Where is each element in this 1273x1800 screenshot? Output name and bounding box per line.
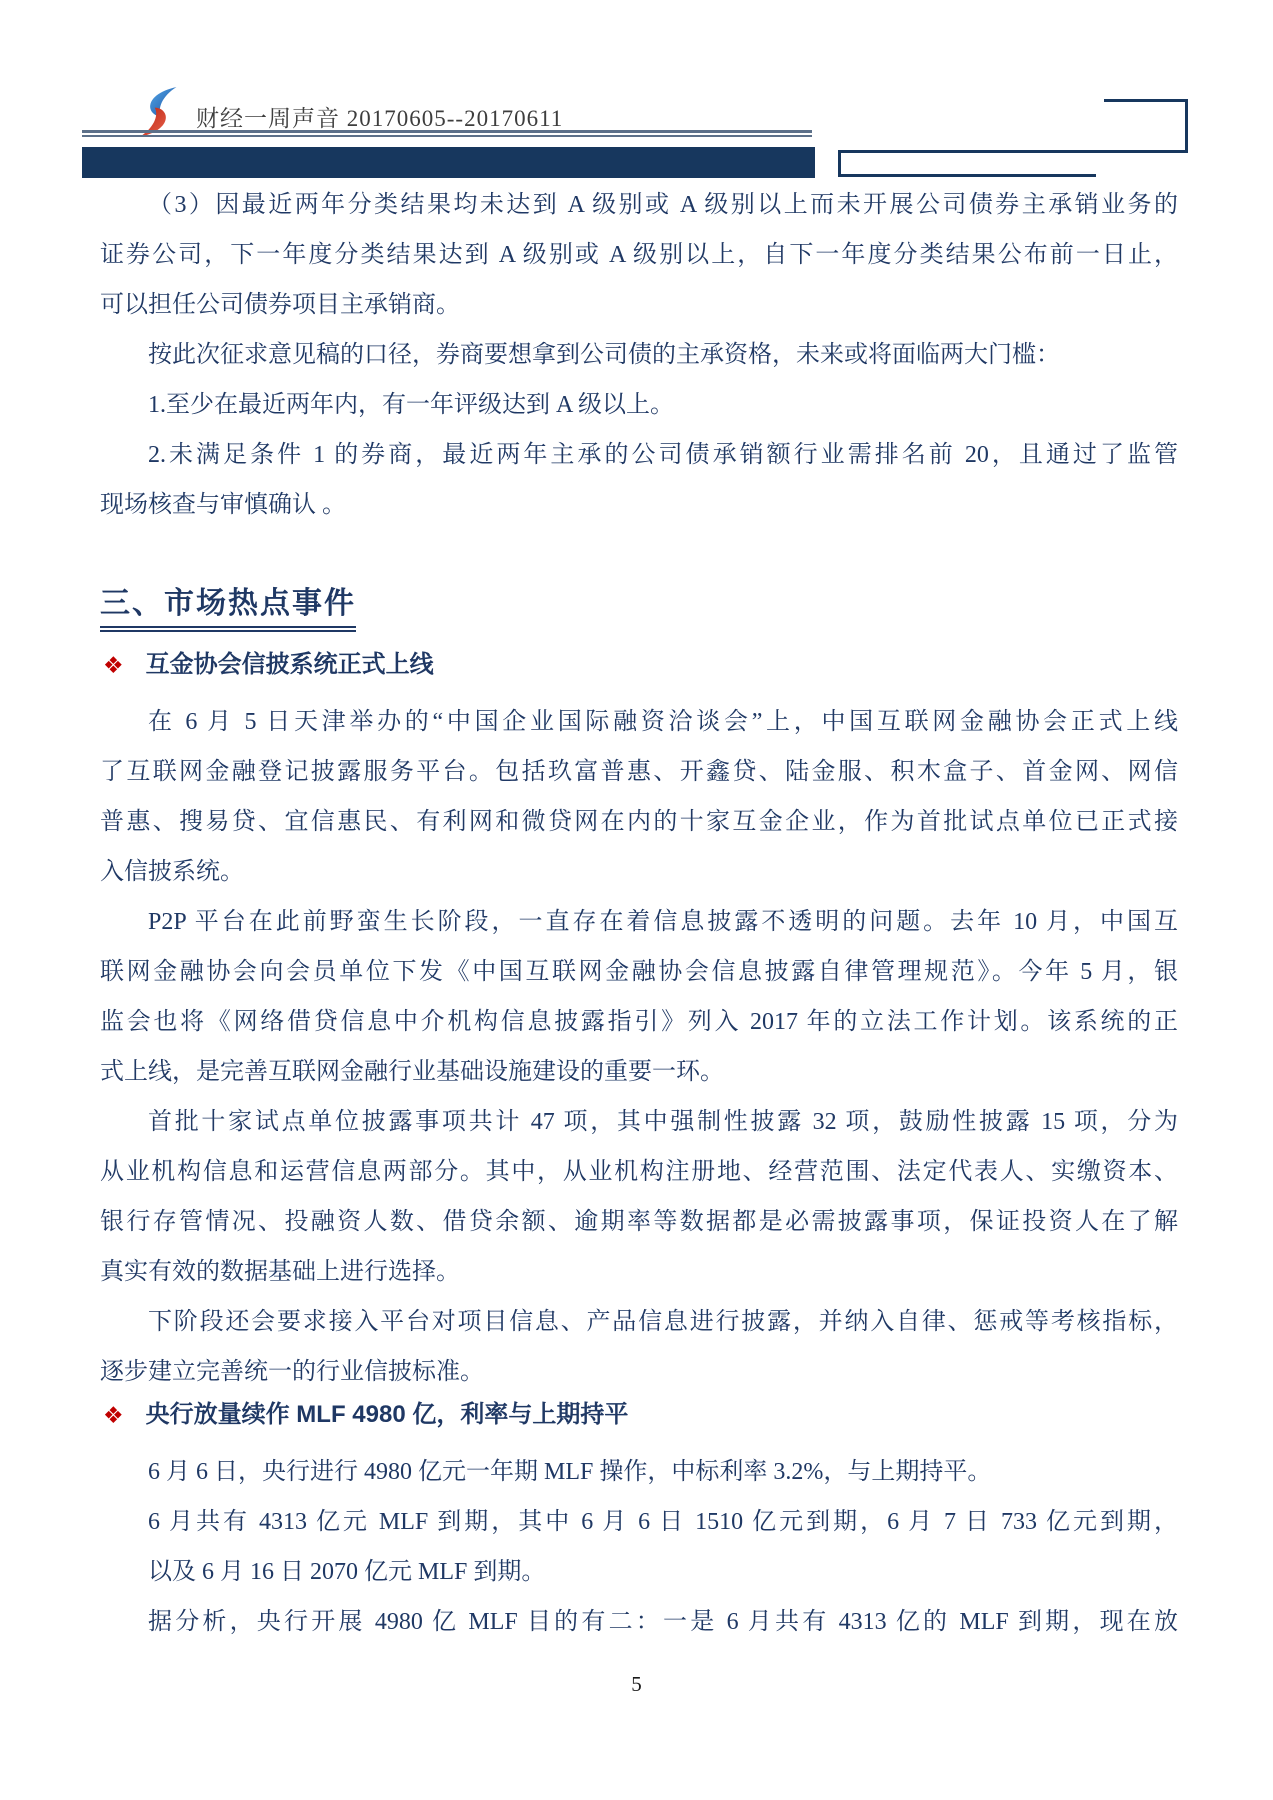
header-step-outline [838,174,1096,177]
body-line: 入信披系统。 [100,847,1178,897]
report-title: 财经一周声音 20170605--20170611 [196,100,563,133]
topic2-paragraphs: 6 月 6 日，央行进行 4980 亿元一年期 MLF 操作，中标利率 3.2%… [100,1447,1178,1647]
body-line: 可以担任公司债券项目主承销商。 [100,280,1178,330]
body-line: 6 月共有 4313 亿元 MLF 到期，其中 6 月 6 日 1510 亿元到… [100,1497,1178,1547]
body-line: 监会也将《网络借贷信息中介机构信息披露指引》列入 2017 年的立法工作计划。该… [100,997,1178,1047]
body-line: 1.至少在最近两年内，有一年评级达到 A 级以上。 [100,380,1178,430]
page-number: 5 [0,1672,1273,1697]
diamond-bullet-icon: ❖ [103,648,124,682]
header-step-outline [838,150,1188,153]
topic-bullet-row: ❖ 互金协会信披系统正式上线 [103,648,1178,682]
header-step-outline [1185,99,1188,153]
section-heading: 三、市场热点事件 [100,585,370,632]
heading-underline [100,630,356,632]
body-line: 据分析，央行开展 4980 亿 MLF 目的有二：一是 6 月共有 4313 亿… [100,1597,1178,1647]
body-line: 了互联网金融登记披露服务平台。包括玖富普惠、开鑫贷、陆金服、积木盒子、首金网、网… [100,747,1178,797]
body-line: 以及 6 月 16 日 2070 亿元 MLF 到期。 [100,1547,1178,1597]
body-line: 银行存管情况、投融资人数、借贷余额、逾期率等数据都是必需披露事项，保证投资人在了… [100,1197,1178,1247]
body-line: 逐步建立完善统一的行业信披标准。 [100,1347,1178,1397]
topic1-paragraphs: 在 6 月 5 日天津举办的“中国企业国际融资洽谈会”上，中国互联网金融协会正式… [100,697,1178,1397]
body-line: 式上线，是完善互联网金融行业基础设施建设的重要一环。 [100,1047,1178,1097]
document-page: 财经一周声音 20170605--20170611 （3）因最近两年分类结果均未… [0,0,1273,1800]
body-line: （3）因最近两年分类结果均未达到 A 级别或 A 级别以上而未开展公司债券主承销… [100,180,1178,230]
body-line: 下阶段还会要求接入平台对项目信息、产品信息进行披露，并纳入自律、惩戒等考核指标， [100,1297,1178,1347]
body-line: 从业机构信息和运营信息两部分。其中，从业机构注册地、经营范围、法定代表人、实缴资… [100,1147,1178,1197]
header-step-outline [1104,99,1188,102]
body-line: 在 6 月 5 日天津举办的“中国企业国际融资洽谈会”上，中国互联网金融协会正式… [100,697,1178,747]
body-line: 普惠、搜易贷、宜信惠民、有利网和微贷网在内的十家互金企业，作为首批试点单位已正式… [100,797,1178,847]
body-line: 联网金融协会向会员单位下发《中国互联网金融协会信息披露自律管理规范》。今年 5 … [100,947,1178,997]
section-heading-text: 三、市场热点事件 [100,587,356,620]
diamond-bullet-icon: ❖ [103,1398,124,1432]
body-line: 6 月 6 日，央行进行 4980 亿元一年期 MLF 操作，中标利率 3.2%… [100,1447,1178,1497]
header-navy-bar [82,147,815,178]
body-line: P2P 平台在此前野蛮生长阶段，一直存在着信息披露不透明的问题。去年 10 月，… [100,897,1178,947]
topic-bullet-row: ❖ 央行放量续作 MLF 4980 亿，利率与上期持平 [103,1398,1178,1432]
body-line: 证券公司，下一年度分类结果达到 A 级别或 A 级别以上，自下一年度分类结果公布… [100,230,1178,280]
body-line: 2.未满足条件 1 的券商，最近两年主承的公司债承销额行业需排名前 20，且通过… [100,430,1178,480]
body-line: 首批十家试点单位披露事项共计 47 项，其中强制性披露 32 项，鼓励性披露 1… [100,1097,1178,1147]
body-line: 现场核查与审慎确认 。 [100,480,1178,530]
topic-title: 互金协会信披系统正式上线 [146,648,434,682]
heading-underline [100,626,356,628]
header-step-outline [838,150,841,177]
intro-paragraphs: （3）因最近两年分类结果均未达到 A 级别或 A 级别以上而未开展公司债券主承销… [100,180,1178,530]
topic-title: 央行放量续作 MLF 4980 亿，利率与上期持平 [146,1398,629,1432]
body-line: 真实有效的数据基础上进行选择。 [100,1247,1178,1297]
body-line: 按此次征求意见稿的口径，券商要想拿到公司债的主承资格，未来或将面临两大门槛： [100,330,1178,380]
header-rule [82,130,812,137]
